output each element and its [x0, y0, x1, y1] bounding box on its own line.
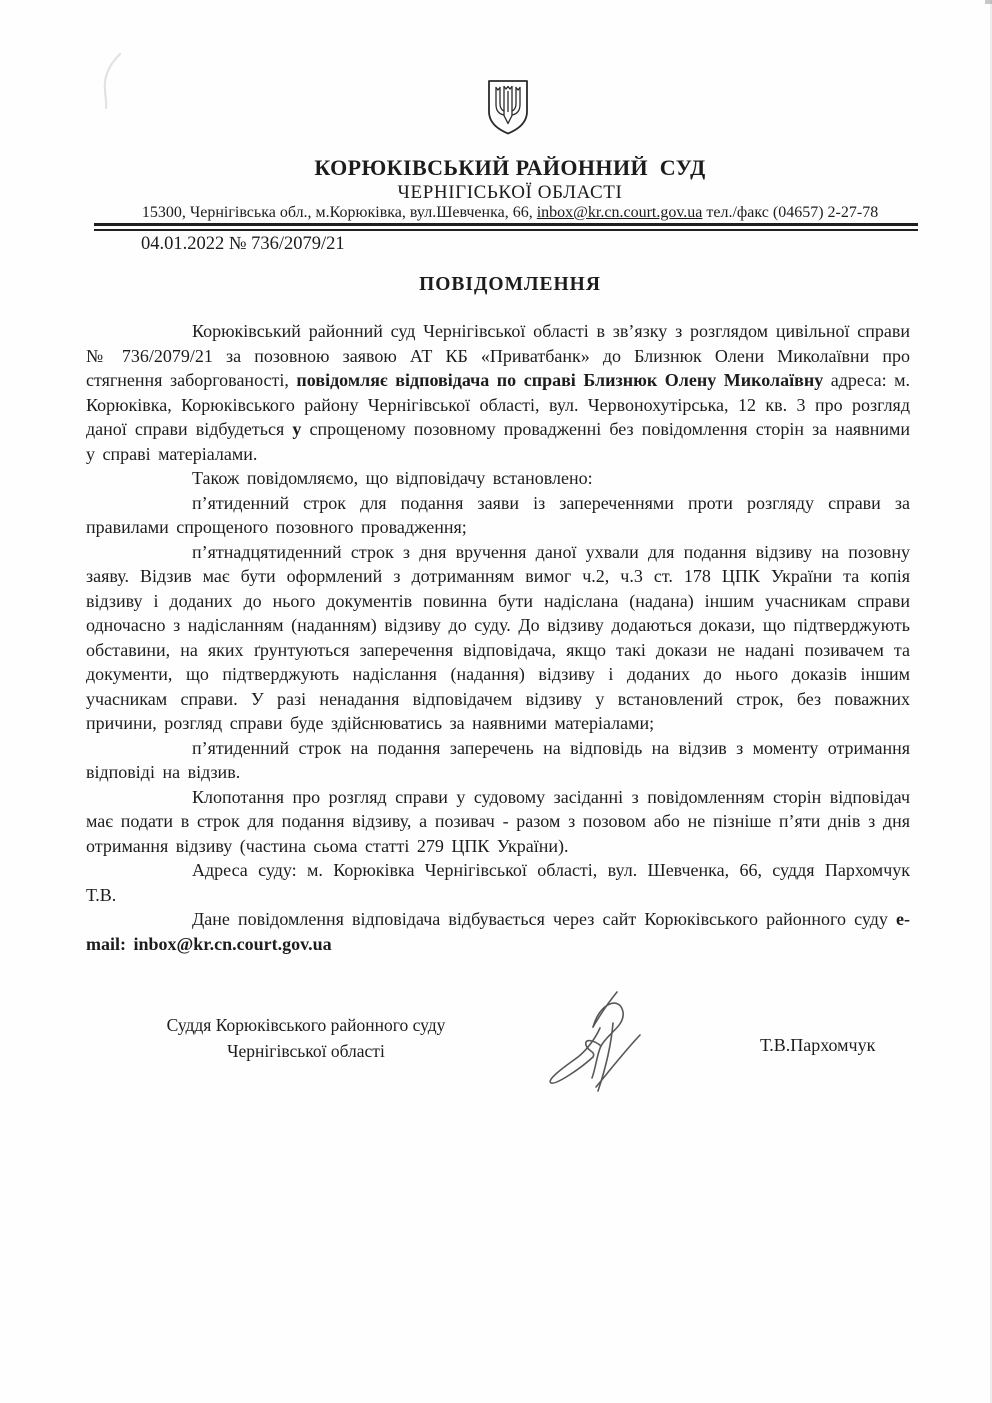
paragraph: п’ятнадцятиденний строк з дня вручення д… — [86, 540, 910, 736]
court-address-text: 15300, Чернігівська обл., м.Корюківка, в… — [142, 204, 537, 221]
handwritten-signature-icon — [520, 975, 680, 1105]
scan-corner-mark — [985, 0, 992, 4]
paragraph-segment: п’ятиденний строк для подання заяви із з… — [86, 493, 910, 538]
paragraph-segment: п’ятнадцятиденний строк з дня вручення д… — [86, 542, 910, 734]
paragraph: п’ятиденний строк для подання заяви із з… — [86, 491, 910, 540]
court-phone-fax: тел./факс (04657) 2-27-78 — [702, 204, 878, 221]
paragraph: Також повідомляємо, що відповідачу встан… — [86, 466, 910, 491]
court-email: inbox@kr.cn.court.gov.ua — [537, 204, 703, 221]
header-divider-rule — [94, 223, 918, 231]
paragraph: Дане повідомлення відповідача відбуваєть… — [86, 907, 910, 956]
outgoing-date-number: 04.01.2022 № 736/2079/21 — [141, 234, 345, 255]
paragraph: Адреса суду: м. Корюківка Чернігівської … — [86, 858, 910, 907]
signer-title-line1: Суддя Корюківського районного суду — [124, 1012, 488, 1038]
signer-name: Т.В.Пархомчук — [760, 1035, 875, 1056]
court-name: КОРЮКІВСЬКИЙ РАЙОННИЙ СУД — [96, 155, 924, 181]
ukraine-trident-emblem-icon — [486, 78, 530, 136]
paragraph-segment: Дане повідомлення відповідача відбуваєть… — [192, 909, 896, 929]
document-title: ПОВІДОМЛЕННЯ — [96, 274, 924, 296]
scanned-court-letter-page: КОРЮКІВСЬКИЙ РАЙОННИЙ СУД ЧЕРНІГІСЬКОЇ О… — [0, 0, 992, 1403]
paragraph: п’ятиденний строк на подання заперечень … — [86, 736, 910, 785]
body-paragraphs: Корюківський районний суд Чернігівської … — [86, 319, 910, 956]
court-region: ЧЕРНІГІСЬКОЇ ОБЛАСТІ — [96, 182, 924, 204]
scan-smudge-artifact — [92, 52, 132, 112]
signature-position-block: Суддя Корюківського районного суду Черні… — [124, 1012, 488, 1064]
paragraph-segment: Також повідомляємо, що відповідачу встан… — [192, 468, 593, 488]
court-address-line: 15300, Чернігівська обл., м.Корюківка, в… — [96, 204, 924, 222]
paragraph: Корюківський районний суд Чернігівської … — [86, 319, 910, 466]
paragraph-segment: п’ятиденний строк на подання заперечень … — [86, 738, 910, 783]
signer-title-line2: Чернігівської області — [124, 1038, 488, 1064]
paragraph-segment-bold: повідомляє відповідача по справі Близнюк… — [296, 370, 823, 390]
paragraph-segment: Адреса суду: м. Корюківка Чернігівської … — [86, 860, 910, 905]
paragraph-segment: Клопотання про розгляд справи у судовому… — [86, 787, 910, 856]
paragraph: Клопотання про розгляд справи у судовому… — [86, 785, 910, 859]
